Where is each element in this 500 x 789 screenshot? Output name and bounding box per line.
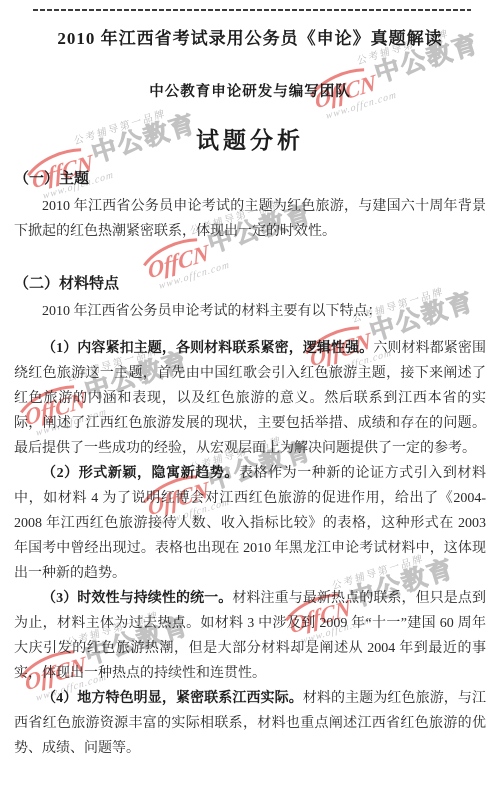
paragraph-lead: （4）地方特色明显，紧密联系江西实际。 <box>42 691 303 706</box>
document-title: 2010 年江西省考试录用公务员《申论》真题解读 <box>20 28 480 50</box>
paragraph-text: 2010 年江西省公务员申论考试的主题为红色旅游，与建国六十周年背景下掀起的红色… <box>14 199 486 239</box>
paragraph-lead: （3）时效性与持续性的统一。 <box>42 591 232 606</box>
paragraph-text: 表格作为一种新的论证方式引入到材料中，如材料 4 为了说明红博会对江西红色旅游的… <box>14 466 486 581</box>
paragraph-lead: （2）形式新颖，隐寓新趋势。 <box>42 466 239 481</box>
section-1-paragraph: 2010 年江西省公务员申论考试的主题为红色旅游，与建国六十周年背景下掀起的红色… <box>14 194 486 244</box>
document-content: 2010 年江西省考试录用公务员《申论》真题解读 中公教育申论研发与编写团队 试… <box>0 28 500 761</box>
document-subtitle: 中公教育申论研发与编写团队 <box>14 83 486 101</box>
feature-paragraph-4: （4）地方特色明显，紧密联系江西实际。材料的主题为红色旅游，与江西省红色旅游资源… <box>14 686 486 761</box>
analysis-heading: 试题分析 <box>14 127 486 155</box>
paragraph-lead: （1）内容紧扣主题，各则材料联系紧密，逻辑性强。 <box>42 341 373 356</box>
feature-paragraph-3: （3）时效性与持续性的统一。材料注重与最新热点的联系，但只是点到为止，材料主体为… <box>14 586 486 686</box>
header-divider <box>33 9 471 11</box>
paragraph-text: 六则材料都紧密围绕红色旅游这一主题，首先由中国红歌会引入红色旅游主题，接下来阐述… <box>14 341 486 456</box>
section-2-intro-paragraph: 2010 年江西省公务员申论考试的材料主要有以下特点： <box>14 299 486 324</box>
section-2-heading: （二）材料特点 <box>14 274 486 294</box>
section-1-heading: （一）主题 <box>14 169 486 189</box>
document-page: 公考辅导第一品牌 OffCN 中公教育 www.offcn.com 公考辅导第一… <box>0 0 500 789</box>
feature-paragraph-2: （2）形式新颖，隐寓新趋势。表格作为一种新的论证方式引入到材料中，如材料 4 为… <box>14 461 486 586</box>
paragraph-text: 2010 年江西省公务员申论考试的材料主要有以下特点： <box>42 304 382 319</box>
feature-paragraph-1: （1）内容紧扣主题，各则材料联系紧密，逻辑性强。六则材料都紧密围绕红色旅游这一主… <box>14 336 486 461</box>
